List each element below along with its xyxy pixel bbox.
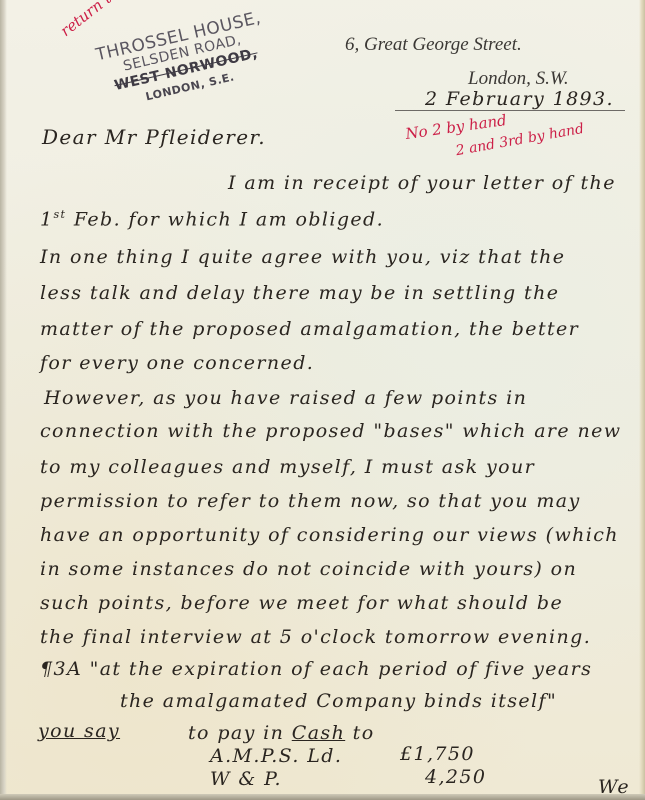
catchword: We bbox=[598, 776, 630, 798]
clause-label: ¶3A bbox=[40, 658, 82, 680]
body-line-6: for every one concerned. bbox=[40, 352, 314, 374]
letterhead-street: 6, Great George Street. bbox=[345, 34, 522, 56]
payment-amount-2: 4,250 bbox=[425, 766, 486, 788]
pay-suffix: to bbox=[353, 722, 375, 744]
body-line-11: have an opportunity of considering our v… bbox=[40, 524, 619, 546]
body-line-5: matter of the proposed amalgamation, the… bbox=[40, 318, 579, 340]
paper-left-edge bbox=[0, 0, 7, 800]
clause-line-1: ¶3A "at the expiration of each period of… bbox=[40, 658, 592, 680]
body-line-9: to my colleagues and myself, I must ask … bbox=[40, 456, 535, 478]
date-ref-day: 1 bbox=[40, 208, 54, 230]
paper-bottom-edge bbox=[0, 794, 645, 800]
body-line-1: I am in receipt of your letter of the bbox=[228, 172, 616, 194]
body-line-12: in some instances do not coincide with y… bbox=[40, 558, 577, 580]
salutation: Dear Mr Pfleiderer. bbox=[42, 125, 266, 149]
body-line-14: the final interview at 5 o'clock tomorro… bbox=[40, 626, 591, 648]
pay-prefix: to pay in bbox=[188, 722, 284, 744]
body-line-2-text: Feb. for which I am obliged. bbox=[74, 208, 384, 230]
body-line-13: such points, before we meet for what sho… bbox=[40, 592, 563, 614]
body-line-10: permission to refer to them now, so that… bbox=[40, 490, 581, 512]
paper-right-edge bbox=[639, 0, 645, 800]
pay-emph-cash: Cash bbox=[292, 722, 345, 744]
body-line-3: In one thing I quite agree with you, viz… bbox=[40, 246, 565, 268]
date-ref-suffix: st bbox=[54, 208, 67, 221]
payment-party-2: W & P. bbox=[210, 768, 282, 790]
body-line-7: However, as you have raised a few points… bbox=[44, 387, 527, 409]
clause-quote-1: "at the expiration of each period of fiv… bbox=[90, 658, 593, 680]
pay-line: to pay in Cash to bbox=[188, 722, 375, 744]
letter-date: 2 February 1893. bbox=[425, 88, 614, 110]
payment-party-1: A.M.P.S. Ld. bbox=[210, 745, 342, 767]
body-line-2: 1st Feb. for which I am obliged. bbox=[40, 208, 384, 230]
body-line-8: connection with the proposed "bases" whi… bbox=[40, 420, 621, 442]
payment-amount-1: £1,750 bbox=[400, 743, 475, 765]
you-say-label: you say bbox=[38, 720, 120, 742]
letterhead-city: London, S.W. bbox=[468, 68, 569, 90]
body-line-4: less talk and delay there may be in sett… bbox=[40, 282, 559, 304]
clause-line-2: the amalgamated Company binds itself" bbox=[120, 690, 557, 712]
date-underline bbox=[395, 110, 625, 111]
